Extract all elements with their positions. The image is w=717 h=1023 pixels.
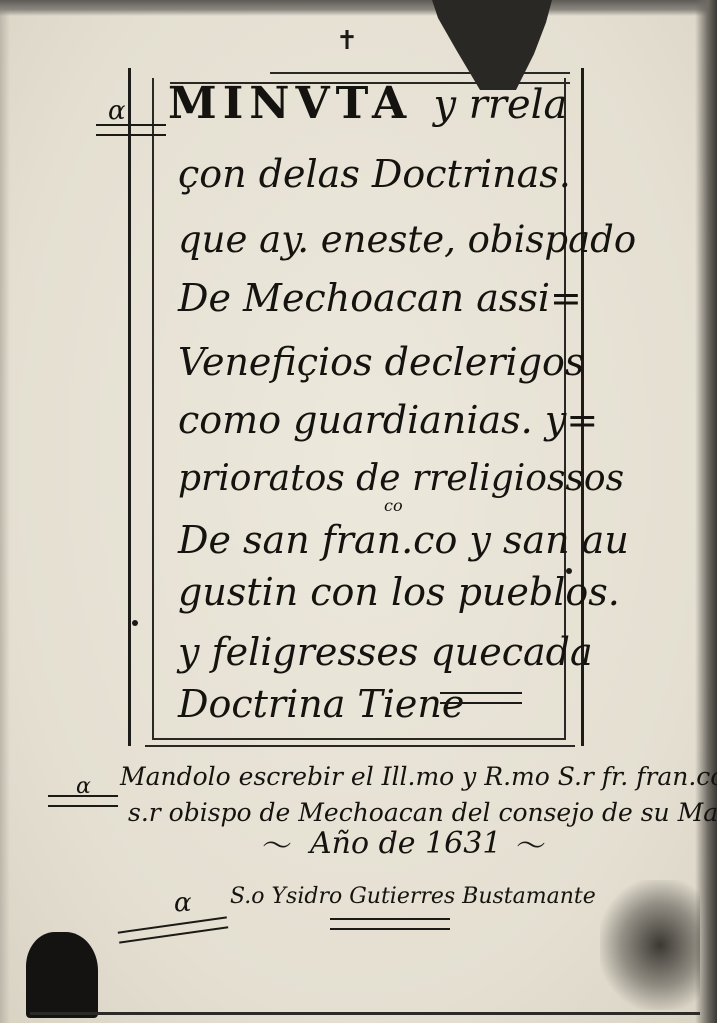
flourish-left: 〜: [262, 832, 292, 862]
attribution-year-line: Año de 1631: [310, 826, 501, 861]
body-line-2: que ay. eneste, obispado: [178, 218, 636, 261]
body-line-4: Venefiçios declerigos: [178, 340, 584, 384]
document-title: MINVTA y rrela: [168, 78, 567, 129]
margin-mark-title: ɑ: [108, 96, 126, 126]
title-main: MINVTA: [168, 78, 412, 129]
signature-prefix-mark: ɑ: [174, 888, 192, 918]
title-suffix: y rrela: [433, 82, 567, 128]
superscript-co: co: [384, 496, 403, 515]
attribution-line-1: Mandolo escrebir el Ill.mo y R.mo S.r fr…: [120, 762, 717, 791]
body-line-1: çon delas Doctrinas.: [178, 152, 571, 196]
manuscript-text: ✝ ɑ MINVTA y rrela çon delas Doctrinas. …: [0, 0, 717, 1023]
attribution-left-rule: [48, 795, 118, 807]
body-line-9: y feligresses quecada: [178, 630, 593, 674]
cross-icon: ✝: [334, 28, 360, 54]
closing-double-rule: [440, 692, 522, 704]
attribution-line-2: s.r obispo de Mechoacan del consejo de s…: [128, 798, 717, 827]
flourish-right: 〜: [516, 832, 546, 862]
body-line-8: gustin con los pueblos.: [178, 570, 620, 614]
notary-signature: S.o Ysidro Gutierres Bustamante: [230, 884, 596, 909]
body-line-5: como guardianias. y=: [178, 398, 598, 442]
title-left-rule: [96, 124, 166, 136]
body-line-7: De san fran.co y san au: [178, 518, 629, 562]
signature-underline: [330, 918, 450, 930]
body-line-10: Doctrina Tiene: [178, 682, 464, 726]
manuscript-page: ✝ ɑ MINVTA y rrela çon delas Doctrinas. …: [0, 0, 717, 1023]
signature-left-rule: [118, 916, 229, 943]
body-line-3: De Mechoacan assi=: [178, 276, 582, 320]
body-line-6: prioratos de rreligiossos: [178, 458, 624, 499]
